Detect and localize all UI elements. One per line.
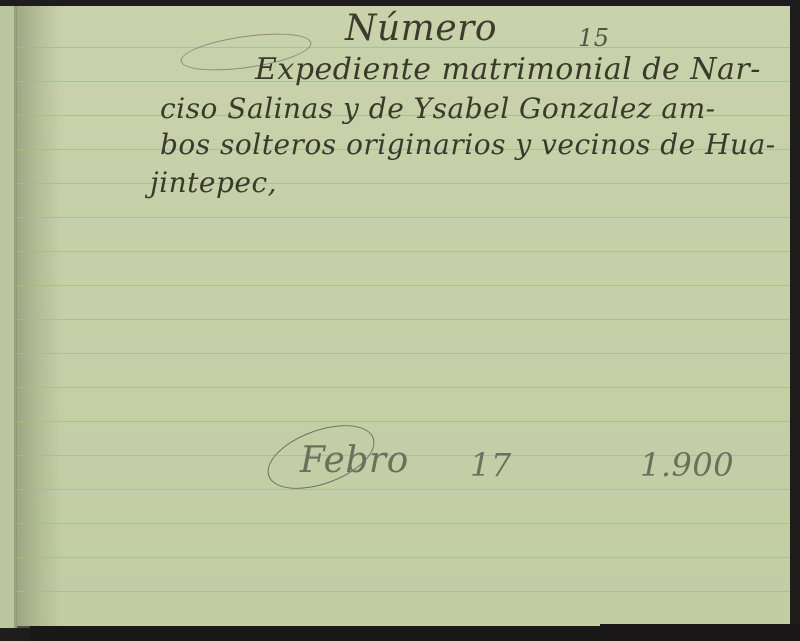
body-line-4: jintepec, — [150, 166, 277, 199]
ruled-line — [16, 183, 790, 184]
body-line-3: bos solteros originarios y vecinos de Hu… — [160, 128, 776, 161]
binding-gutter-shadow — [14, 6, 62, 628]
scan-border-right — [790, 0, 800, 641]
scan-border-bottom-right — [600, 624, 800, 641]
body-line-1: Expediente matrimonial de Nar- — [255, 52, 761, 87]
ruled-line — [16, 319, 790, 320]
ruled-line — [16, 285, 790, 286]
ruled-line — [16, 217, 790, 218]
ruled-line — [16, 591, 790, 592]
heading-number: 15 — [578, 24, 610, 52]
date-year: 1.900 — [640, 446, 734, 484]
ruled-line — [16, 489, 790, 490]
ruled-line — [16, 251, 790, 252]
heading-title: Número — [345, 8, 497, 49]
body-line-2: ciso Salinas y de Ysabel Gonzalez am- — [160, 92, 716, 125]
ruled-line — [16, 353, 790, 354]
ruled-line — [16, 557, 790, 558]
date-month: Febro — [300, 440, 409, 481]
ruled-line — [16, 421, 790, 422]
date-day: 17 — [470, 446, 512, 484]
ruled-line — [16, 387, 790, 388]
ruled-line — [16, 523, 790, 524]
